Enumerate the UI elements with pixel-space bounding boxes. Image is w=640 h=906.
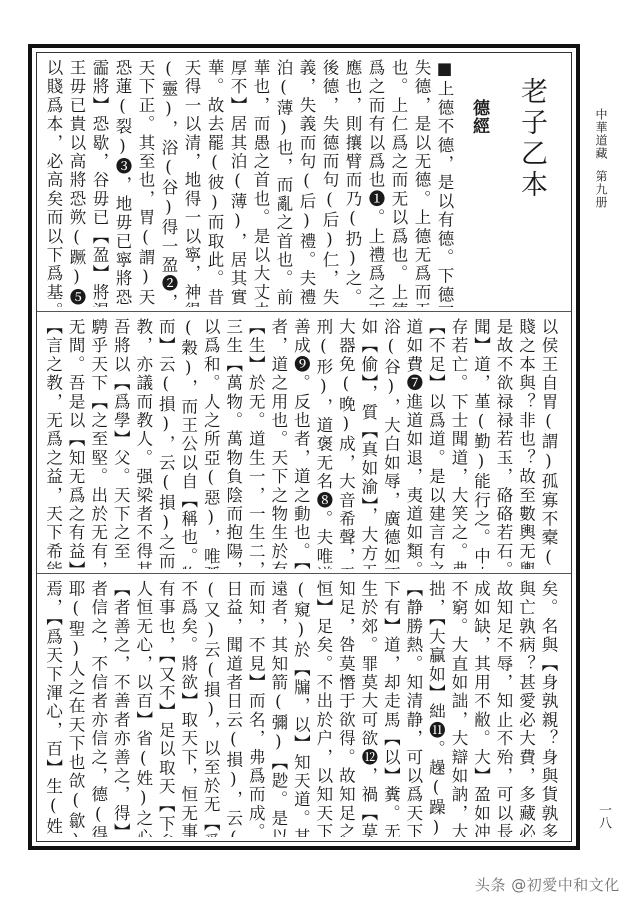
text-column: 【不足】以爲道。是以建言有之曰：明: [426, 318, 449, 569]
text-column: 无間。吾是以【知无爲之有益】也。不: [66, 318, 89, 569]
text-column: 天得一以清，地得一以寧，神得一以霝: [181, 59, 204, 307]
text-column: 以爲和。人之所亞(惡)，唯孤寡不槖: [201, 318, 224, 569]
text-column: 是故不欲禄禄若玉，硌硌若石。上【士: [493, 318, 516, 569]
text-column: 與亡孰病？甚愛必大費，多藏必厚亡。: [516, 580, 539, 837]
text-column: 【生】於无。道生一，一生二，二生三，: [246, 318, 269, 569]
text-column: 而】云(損)，云(損)之而益❿。【人之所: [156, 318, 179, 569]
text-column: 泊(薄)也，而亂之首也。前識者，道之: [273, 59, 296, 307]
text-column: ■上德不德，是以有德。下德不: [434, 59, 457, 307]
text-column: 有事也，【又不】足以取天【下矣。聖: [156, 580, 179, 837]
text-column: (穀)，而王公以自【稱也。物或益之: [178, 318, 201, 569]
text-block: 老子乙本 德經 ■上德不德，是以有德。下德不 失德，是以无德。上德无爲而无以爲 …: [36, 52, 572, 842]
text-column: 成如缺，其用不敝。大】盈如冲，其【用: [471, 580, 494, 837]
text-column: 下有】道，却走馬【以】糞。无道，戎馬: [381, 580, 404, 837]
text-column: 拙，【大贏如】絀⓫。趮(躁)朕(勝)寒，: [426, 580, 449, 837]
text-column: 生於郊。罪莫大可欲⓬，禍【莫大於不: [358, 580, 381, 837]
text-column: 爲之而有以爲也❶。上禮爲之而莫之: [365, 59, 388, 307]
text-column: 也。上仁爲之而无以爲也。上德〈義〉: [388, 59, 411, 307]
text-column: 耶(聖)人之在天下也欱(歙)欱(歙): [66, 580, 89, 837]
text-column: 【静勝熱。知清静，可以爲天下正。天: [403, 580, 426, 837]
text-column: 不爲矣。將欲】取天下，恒无事⓭，及其: [178, 580, 201, 837]
text-column: 者信之，不信者亦信之，德(得)信也。: [88, 580, 111, 837]
text-column: 如【偷】，質【真如渝】，大方无禺(隅)。: [358, 318, 381, 569]
text-column: 王毋已貴以高將恐欮(蹶)❺。故必貴: [66, 59, 89, 307]
text-column: 三生【萬物。萬物負陰而抱陽，中氣】: [223, 318, 246, 569]
text-column: 故知足不辱，知止不殆，可以長久。大: [493, 580, 516, 837]
text-column: 以賤爲本，必高矣而以下爲基。夫是: [43, 59, 66, 307]
text-column: 義，失義而句(后)禮。夫禮者，忠信之: [296, 59, 319, 307]
collection-name: 中華道藏: [594, 108, 608, 160]
text-column: 人恒无心，以百】省(姓)之心爲心。善: [133, 580, 156, 837]
text-column: 而知，不見】而名，弗爲而成。爲學者: [246, 580, 269, 837]
text-column: 【者善之，不善者亦善之，得】善也。信: [111, 580, 134, 837]
text-column: 矣。名與【身孰親？身與貨孰多？得: [538, 580, 561, 837]
text-column: 善成❾。反也者，道之動也。【弱也】: [291, 318, 314, 569]
text-column: 恒】足矣。不出於户，以知天下。不規: [313, 580, 336, 837]
text-column: 吾將以【爲學】父。天下之至【柔】，馳: [111, 318, 134, 569]
page-number: 一八: [594, 803, 613, 829]
text-column: 【言之教，无爲之益，天下希能及之】: [43, 318, 66, 569]
text-column: 厚不】居其泊(薄)，居其實而不居其: [227, 59, 250, 307]
text-column: 後德，失德而句(后)仁，失仁而句(后): [319, 59, 342, 307]
text-column: 華也，而愚之首也。是以大丈夫居【其: [250, 59, 273, 307]
text-column: 賤之本與？非也？故至數輿无輿❻。: [516, 318, 539, 569]
text-column: (又)云(損)，以至於无【爲，无爲而无: [201, 580, 224, 837]
text-column: (窺)於【牖，以】知天道。其出箭(彌): [291, 580, 314, 837]
text-column: 失德，是以无德。上德无爲而无以爲: [411, 59, 434, 307]
text-column: 遠者，其知箭(彌)【尟。是以聖人不行: [268, 580, 291, 837]
text-column: 天下正。其至也，胃(謂)天毋已清將: [135, 59, 158, 307]
text-column: 不窮。大直如詘，大辯如訥，大】巧如: [448, 580, 471, 837]
text-column: 存若亡。下士聞道，大笑之。弗笑，: [448, 318, 471, 569]
volume-label: 第九册: [594, 170, 608, 209]
text-column: 浴(谷)，大白如辱，廣德如不足，建德: [381, 318, 404, 569]
text-column: 刑(形)，道褒无名❽。夫唯道，善始且: [313, 318, 336, 569]
text-column: 日益，聞道者日云(損)，云(損)之有: [223, 580, 246, 837]
text-column: 知足，咎莫憯于欲得。故知足之足，: [336, 580, 359, 837]
text-band-middle: 以侯王自胃(謂)孤寡不槖(穀)，此其 賤之本與？非也？故至數輿无輿❻。 是故不欲…: [37, 311, 571, 573]
text-column: 教，亦議而教人。强梁者不得其死】，: [133, 318, 156, 569]
text-column: 恐蓮(裂)❸，地毋已寧將恐發，神毋【已: [112, 59, 135, 307]
text-column: 騁乎天下【之至堅。出於无有，入於】: [88, 318, 111, 569]
text-column: 焉，【爲天下渾心，百】生(姓)皆注其: [43, 580, 66, 837]
text-column: 者，道之用也。天下之物生於有，有: [268, 318, 291, 569]
watermark: 头条 @初愛中和文化: [475, 874, 620, 895]
text-column: 霝將】恐歇，谷毋已【盈】將渴(竭)❹，侯: [89, 59, 112, 307]
text-column: 應也，則攘臂而乃(扔)之。故失道而: [342, 59, 365, 307]
page-frame: 老子乙本 德經 ■上德不德，是以有德。下德不 失德，是以无德。上德无爲而无以爲 …: [28, 44, 580, 850]
text-column: (靈)，浴(谷)得一盈❷，侯王得一以爲: [158, 59, 181, 307]
text-column: 以侯王自胃(謂)孤寡不槖(穀)，此其: [538, 318, 561, 569]
running-header: 中華道藏第九册: [593, 108, 610, 209]
text-band-bottom: 矣。名與【身孰親？身與貨孰多？得 與亡孰病？甚愛必大費，多藏必厚亡。 故知足不辱…: [37, 573, 571, 841]
section-title: 德經: [457, 59, 501, 307]
text-column: 華。故去罷(彼)而取此。昔得一者，: [204, 59, 227, 307]
text-column: 大器免(晚)成，大音希聲，天〈大〉象无: [336, 318, 359, 569]
document-title: 老子乙本: [501, 59, 561, 307]
text-column: 道如費❼進道如退，夷道如類。上德如: [403, 318, 426, 569]
text-column: 聞】道，堇(勤)能行之。中士聞道，若: [471, 318, 494, 569]
text-band-top: 老子乙本 德經 ■上德不德，是以有德。下德不 失德，是以无德。上德无爲而无以爲 …: [37, 53, 571, 311]
